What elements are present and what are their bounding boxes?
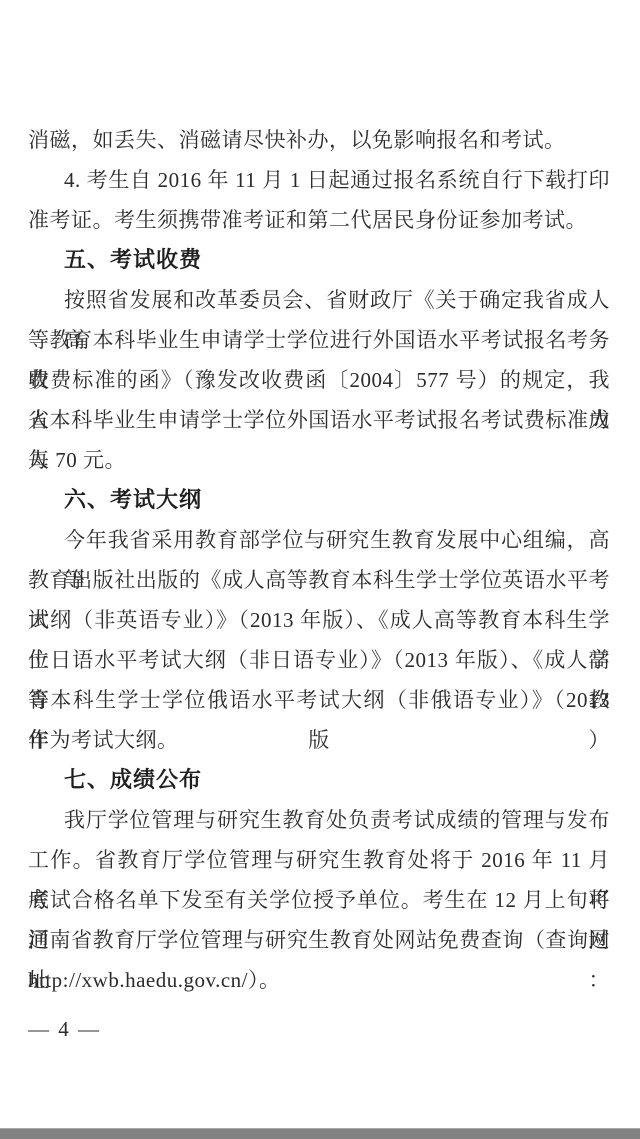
document-line: 考试合格名单下发至有关学位授予单位。考生在 12 月上旬可通过: [28, 880, 610, 920]
document-line: 大纲（非英语专业）》（2013 年版）、《成人高等教育本科生学士学: [28, 600, 610, 640]
document-line: 位日语水平考试大纲（非日语专业）》（2013 年版）、《成人高等教: [28, 640, 610, 680]
section-heading-exam-fees: 五、考试收费: [28, 240, 610, 280]
document-line: 收费标准的函》（豫发改收费函〔2004〕577 号）的规定，我省成: [28, 360, 610, 400]
document-line: 准考证。考生须携带准考证和第二代居民身份证参加考试。: [28, 200, 610, 240]
document-line: 育本科生学士学位俄语水平考试大纲（非俄语专业）》（2013 年版）: [28, 680, 610, 720]
document-line: 人本科毕业生申请学士学位外国语水平考试报名考试费标准为每: [28, 400, 610, 440]
document-text-block: 消磁，如丢失、消磁请尽快补办，以免影响报名和考试。 4. 考生自 2016 年 …: [28, 120, 610, 1044]
document-line: 等教育本科毕业生申请学士学位进行外国语水平考试报名考务费: [28, 320, 610, 360]
document-line: 工作。省教育厅学位管理与研究生教育处将于 2016 年 11 月底将: [28, 840, 610, 880]
document-line: 我厅学位管理与研究生教育处负责考试成绩的管理与发布: [28, 800, 610, 840]
page-number: — 4 —: [28, 1014, 610, 1044]
document-line: 4. 考生自 2016 年 11 月 1 日起通过报名系统自行下载打印: [28, 160, 610, 200]
section-heading-score-release: 七、成绩公布: [28, 760, 610, 800]
document-line: 消磁，如丢失、消磁请尽快补办，以免影响报名和考试。: [28, 120, 610, 160]
scanned-document-page: 消磁，如丢失、消磁请尽快补办，以免影响报名和考试。 4. 考生自 2016 年 …: [0, 0, 640, 1139]
section-heading-exam-syllabus: 六、考试大纲: [28, 480, 610, 520]
viewer-bottom-bar: [0, 1128, 640, 1139]
document-line: 按照省发展和改革委员会、省财政厅《关于确定我省成人高: [28, 280, 610, 320]
document-line: 今年我省采用教育部学位与研究生教育发展中心组编，高等: [28, 520, 610, 560]
document-line: 人 70 元。: [28, 440, 610, 480]
document-line: 河南省教育厅学位管理与研究生教育处网站免费查询（查询网址：: [28, 920, 610, 960]
document-line: 教育出版社出版的《成人高等教育本科生学士学位英语水平考试: [28, 560, 610, 600]
